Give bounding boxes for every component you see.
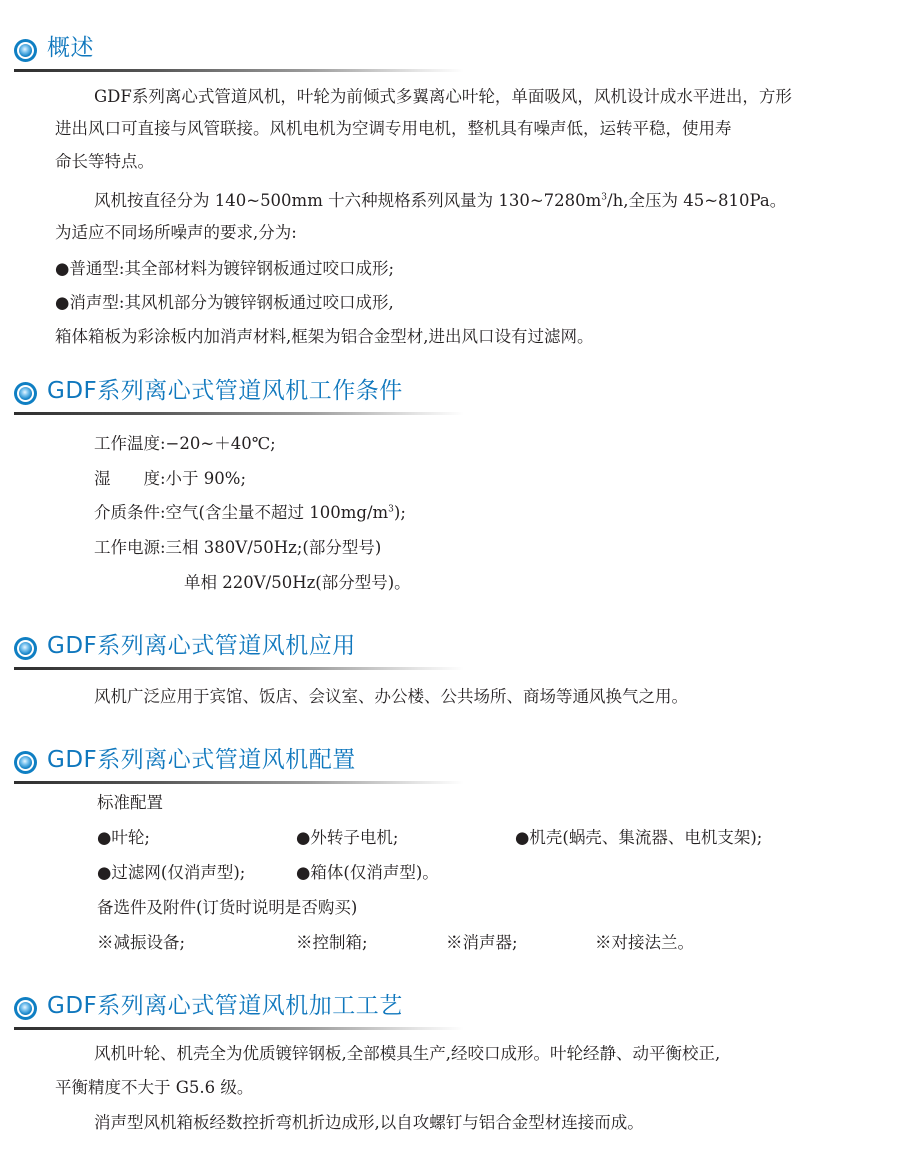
- section-header-application: GDF系列离心式管道风机应用: [14, 628, 464, 670]
- type-standard: ●普通型:其全部材料为镀锌钢板通过咬口成形;: [55, 258, 394, 280]
- section-header-process: GDF系列离心式管道风机加工工艺: [14, 988, 464, 1030]
- condition-medium: 介质条件:空气(含尘量不超过 100mg/m3);: [94, 502, 406, 524]
- section-title: GDF系列离心式管道风机应用: [47, 630, 356, 662]
- overview-paragraph-line: GDF系列离心式管道风机，叶轮为前倾式多翼离心叶轮，单面吸风，风机设计成水平进出…: [94, 86, 792, 108]
- section-divider: [14, 69, 464, 72]
- process-paragraph-line: 消声型风机箱板经数控折弯机折边成形,以自攻螺钉与铝合金型材连接而成。: [94, 1112, 644, 1134]
- section-title: GDF系列离心式管道风机配置: [47, 744, 356, 776]
- optional-item: ※控制箱;: [296, 932, 368, 954]
- standard-item: ●外转子电机;: [296, 827, 398, 849]
- optional-item: ※对接法兰。: [595, 932, 694, 954]
- optional-item: ※消声器;: [446, 932, 518, 954]
- section-divider: [14, 667, 464, 670]
- section-title: GDF系列离心式管道风机加工工艺: [47, 990, 403, 1022]
- section-header-working-conditions: GDF系列离心式管道风机工作条件: [14, 373, 464, 415]
- types-intro: 为适应不同场所噪声的要求,分为:: [55, 222, 297, 244]
- standard-item: ●过滤网(仅消声型);: [97, 862, 245, 884]
- overview-paragraph-line: 进出风口可直接与风管联接。风机电机为空调专用电机，整机具有噪声低，运转平稳，使用…: [55, 118, 732, 140]
- circle-bullet-icon: [14, 997, 37, 1020]
- type-silent: ●消声型:其风机部分为镀锌钢板通过咬口成形,: [55, 292, 394, 314]
- standard-config-label: 标准配置: [97, 792, 163, 814]
- section-divider: [14, 1027, 464, 1030]
- circle-bullet-icon: [14, 751, 37, 774]
- section-divider: [14, 781, 464, 784]
- condition-power-single-phase: 单相 220V/50Hz(部分型号)。: [184, 572, 411, 594]
- circle-bullet-icon: [14, 637, 37, 660]
- section-header-overview: 概述: [14, 30, 464, 72]
- type-silent-continued: 箱体箱板为彩涂板内加消声材料,框架为铝合金型材,进出风口设有过滤网。: [55, 326, 594, 348]
- section-title: 概述: [47, 32, 94, 64]
- section-header-configuration: GDF系列离心式管道风机配置: [14, 742, 464, 784]
- overview-paragraph-line: 命长等特点。: [55, 151, 154, 173]
- section-title: GDF系列离心式管道风机工作条件: [47, 375, 403, 407]
- condition-humidity: 湿 度:小于 90%;: [94, 468, 246, 490]
- standard-item: ●箱体(仅消声型)。: [296, 862, 439, 884]
- circle-bullet-icon: [14, 382, 37, 405]
- condition-power-three-phase: 工作电源:三相 380V/50Hz;(部分型号): [94, 537, 381, 559]
- process-paragraph-line: 平衡精度不大于 G5.6 级。: [55, 1077, 253, 1099]
- optional-config-label: 备选件及附件(订货时说明是否购买): [97, 897, 357, 919]
- condition-temperature: 工作温度:−20~＋40℃;: [94, 433, 276, 455]
- standard-item: ●叶轮;: [97, 827, 150, 849]
- application-text: 风机广泛应用于宾馆、饭店、会议室、办公楼、公共场所、商场等通风换气之用。: [94, 686, 688, 708]
- spec-range-line: 风机按直径分为 140~500mm 十六种规格系列风量为 130~7280m3/…: [94, 190, 786, 212]
- circle-bullet-icon: [14, 39, 37, 62]
- optional-item: ※减振设备;: [97, 932, 185, 954]
- process-paragraph-line: 风机叶轮、机壳全为优质镀锌钢板,全部模具生产,经咬口成形。叶轮经静、动平衡校正,: [94, 1043, 720, 1065]
- standard-item: ●机壳(蜗壳、集流器、电机支架);: [515, 827, 762, 849]
- section-divider: [14, 412, 464, 415]
